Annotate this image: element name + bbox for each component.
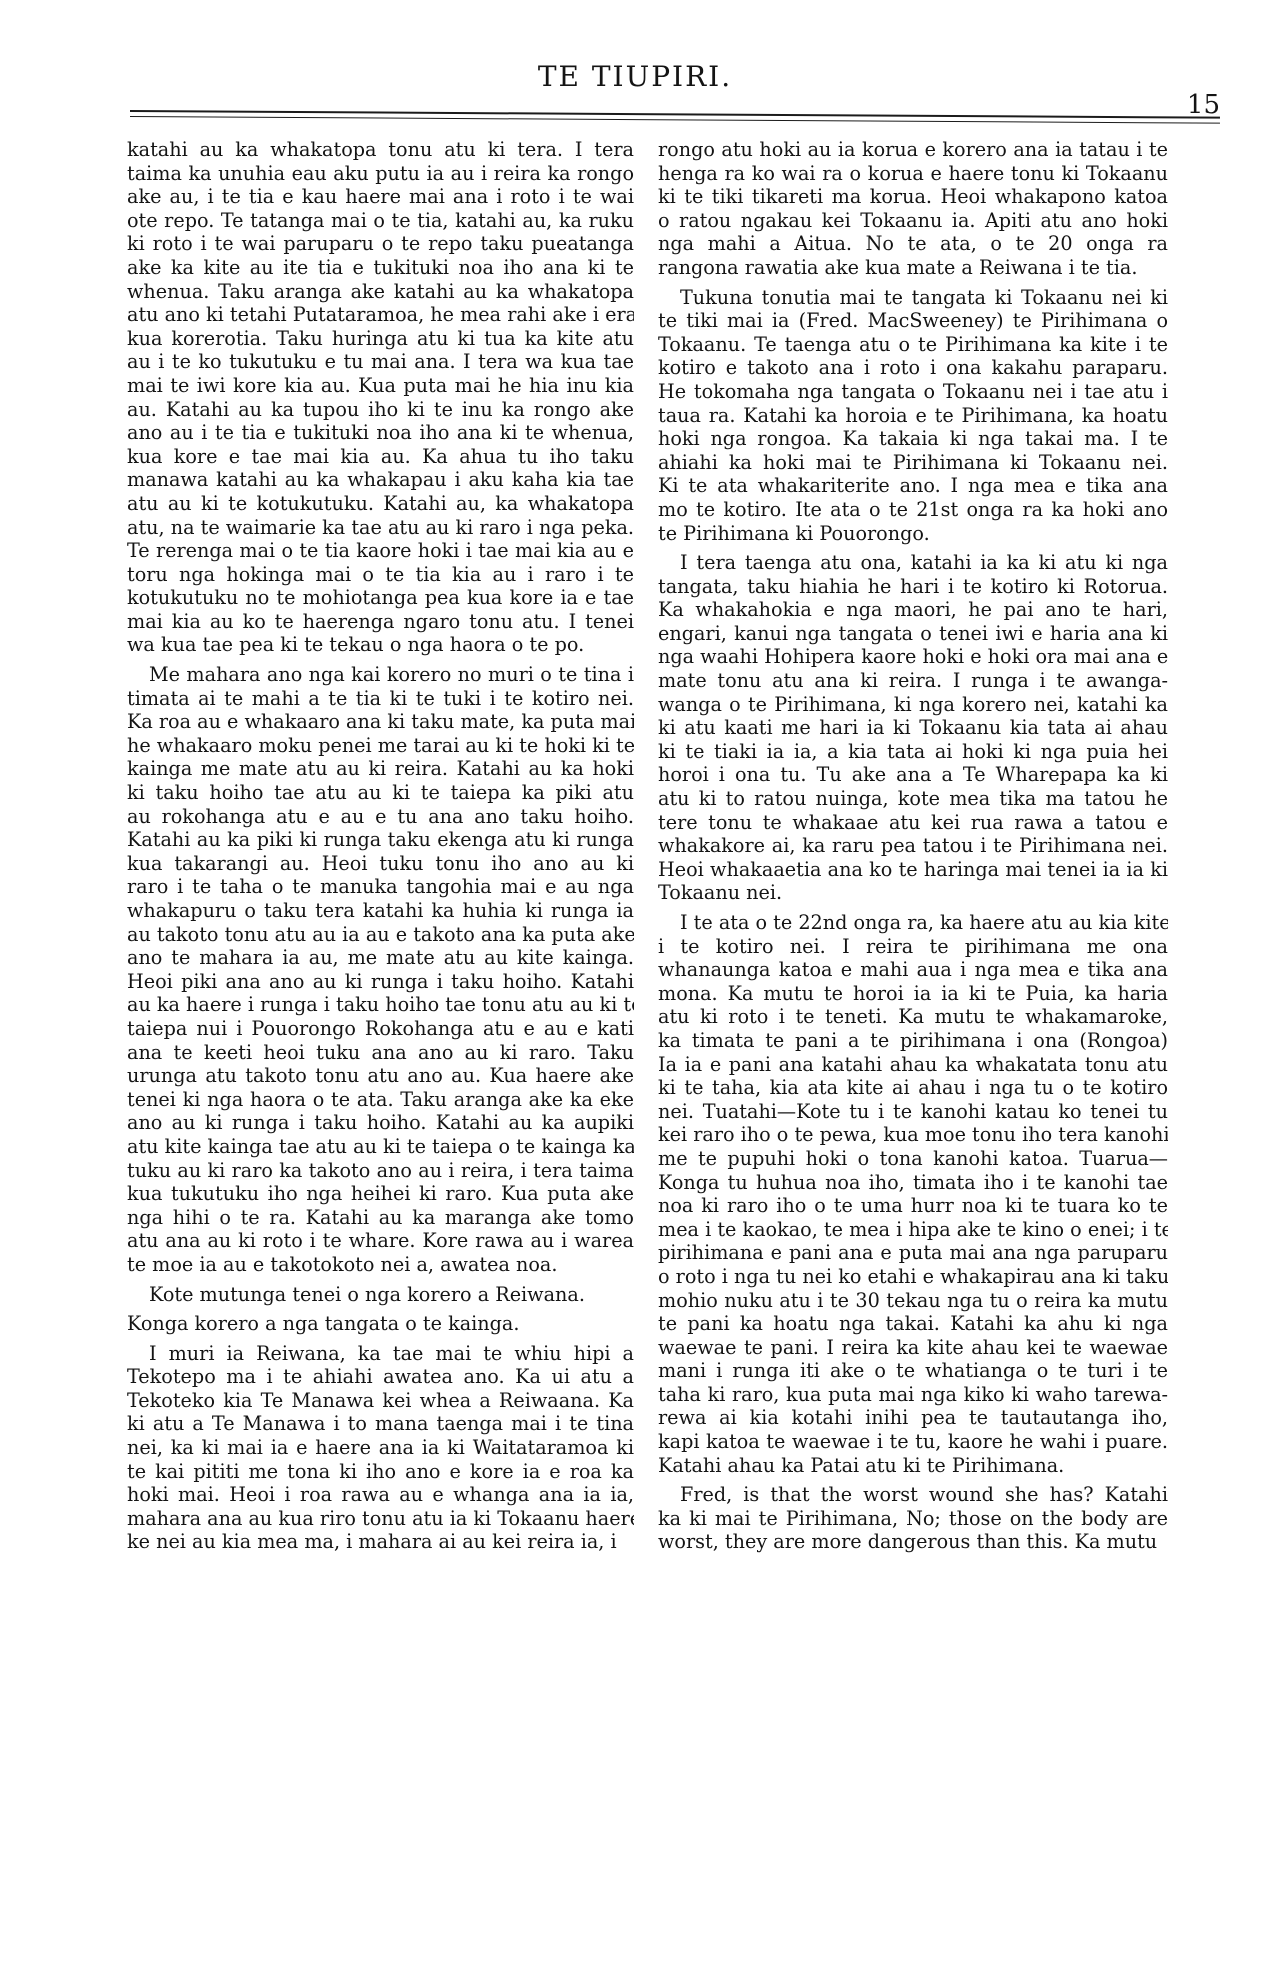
paragraph: katahi au ka whakatopa tonu atu ki tera.…	[127, 138, 634, 657]
text-line: ki taku hoiho tae atu au ki te taiepa ka…	[127, 781, 634, 805]
text-line: tenei ki nga haora o te ata. Taku aranga…	[127, 1088, 634, 1112]
text-line: taua ra. Katahi ka horoia e te Pirihiman…	[658, 404, 1168, 428]
text-line: mani i runga iti ake o te whatianga o te…	[658, 1359, 1168, 1383]
text-line: te tiki mai ia (Fred. MacSweeney) te Pir…	[658, 309, 1168, 333]
text-line: Te rerenga mai o te tia kaore hoki i tae…	[127, 539, 634, 563]
text-line: au i te ko tukutuku e tu mai ana. I tera…	[127, 350, 634, 374]
text-line: ki atu a Te Manawa i to mana taenga mai …	[127, 1412, 634, 1436]
text-line: hoki mai. Heoi i roa rawa au e whanga an…	[127, 1483, 634, 1507]
text-line: atu ki roto i te teneti. Ka mutu te whak…	[658, 1005, 1168, 1029]
text-line: kua tukutuku iho nga heihei ki raro. Kua…	[127, 1182, 634, 1206]
text-line: toru nga hokinga mai o te tia kia au i r…	[127, 563, 634, 587]
text-line: au ka haere i runga i taku hoiho tae ton…	[127, 993, 634, 1017]
text-line: hoki nga rongoa. Ka takaia ki nga takai …	[658, 427, 1168, 451]
text-line: waewae te pani. I reira ka kite ahau kei…	[658, 1336, 1168, 1360]
text-line: noa ki raro iho o te uma hurr noa ki te …	[658, 1194, 1168, 1218]
text-line: nga hihi o te ra. Katahi au ka maranga a…	[127, 1206, 634, 1230]
text-line: ki te tiaki ia ia, a kia tata ai hoki ki…	[658, 740, 1168, 764]
text-line: I te ata o te 22nd onga ra, ka haere atu…	[658, 911, 1168, 935]
text-line: tuku au ki raro ka takoto ano au i reira…	[127, 1159, 634, 1183]
text-line: kua takarangi au. Heoi tuku tonu iho ano…	[127, 852, 634, 876]
text-line: Fred, is that the worst wound she has? K…	[658, 1483, 1168, 1507]
paragraph: I muri ia Reiwana, ka tae mai te whiu hi…	[127, 1342, 634, 1554]
text-line: atu ano ki tetahi Putataramoa, he mea ra…	[127, 303, 634, 327]
text-line: ake ka kite au ite tia e tukituki noa ih…	[127, 256, 634, 280]
text-line: te kai pititi me tona ki iho ano e kore …	[127, 1460, 634, 1484]
paragraph: I te ata o te 22nd onga ra, ka haere atu…	[658, 911, 1168, 1477]
running-title: TE TIUPIRI.	[110, 60, 1240, 93]
text-line: mea i te kaokao, te mea i hipa ake te ki…	[658, 1218, 1168, 1242]
text-line: timata ai te mahi a te tia ki te tuki i …	[127, 687, 634, 711]
text-line: kua korerotia. Taku huringa atu ki tua k…	[127, 327, 634, 351]
text-line: Tokaanu. Te taenga atu o te Pirihimana k…	[658, 333, 1168, 357]
text-line: o ratou ngakau kei Tokaanu ia. Apiti atu…	[658, 209, 1168, 233]
text-line: ano au i te tia e tukituki noa iho ana k…	[127, 421, 634, 445]
text-line: worst, they are more dangerous than this…	[658, 1530, 1168, 1554]
paragraph: I tera taenga atu ona, katahi ia ka ki a…	[658, 551, 1168, 905]
text-line: ana te keeti heoi tuku ana ano au ki rar…	[127, 1041, 634, 1065]
paragraph: Fred, is that the worst wound she has? K…	[658, 1483, 1168, 1554]
text-line: nga mahi a Aitua. No te ata, o te 20 ong…	[658, 232, 1168, 256]
text-line: ki te taha, kia ata kite ai ahau i nga t…	[658, 1076, 1168, 1100]
text-line: kotiro e takoto ana i roto i ona kakahu …	[658, 356, 1168, 380]
text-line: Katahi au ka piki ki runga taku ekenga a…	[127, 828, 634, 852]
text-line: ke nei au kia mea ma, i mahara ai au kei…	[127, 1530, 634, 1554]
text-line: tangata, taku hiahia he hari i te kotiro…	[658, 575, 1168, 599]
text-line: atu ki to ratou nuinga, kote mea tika ma…	[658, 787, 1168, 811]
paragraph: Konga korero a nga tangata o te kainga.	[127, 1312, 634, 1336]
text-line: mate tonu atu ana ki reira. I runga i te…	[658, 669, 1168, 693]
text-line: au. Katahi au ka tupou iho ki te inu ka …	[127, 398, 634, 422]
text-line: me te pupuhi hoki o tona kanohi katoa. T…	[658, 1147, 1168, 1171]
text-line: rangona rawatia ake kua mate a Reiwana i…	[658, 256, 1168, 280]
paragraph: Me mahara ano nga kai korero no muri o t…	[127, 663, 634, 1276]
text-line: kei raro iho o te pewa, kua moe tonu iho…	[658, 1123, 1168, 1147]
paragraph: rongo atu hoki au ia korua e korero ana …	[658, 138, 1168, 280]
text-line: Ki te ata whakariterite ano. I nga mea e…	[658, 474, 1168, 498]
text-line: ano te mahara ia au, me mate atu au kite…	[127, 946, 634, 970]
text-line: he whakaaro moku penei me tarai au ki te…	[127, 734, 634, 758]
text-line: I tera taenga atu ona, katahi ia ka ki a…	[658, 551, 1168, 575]
text-line: katahi au ka whakatopa tonu atu ki tera.…	[127, 138, 634, 162]
text-line: whakapuru o taku tera katahi ka huhia ki…	[127, 899, 634, 923]
text-line: whanaunga katoa e mahi aua i nga mea e t…	[658, 958, 1168, 982]
text-line: ahiahi ka hoki mai te Pirihimana ki Toka…	[658, 451, 1168, 475]
text-line: mohio nuku atu i te 30 tekau nga tu o re…	[658, 1289, 1168, 1313]
paragraph: Tukuna tonutia mai te tangata ki Tokaanu…	[658, 286, 1168, 546]
text-line: au rokohanga atu e au e tu ana ano taku …	[127, 805, 634, 829]
page-header: TE TIUPIRI. 15	[110, 40, 1240, 120]
text-line: taha ki raro, kua puta mai nga kiko ki w…	[658, 1383, 1168, 1407]
text-line: engari, kanui nga tangata o tenei iwi e …	[658, 622, 1168, 646]
text-line: henga ra ko wai ra o korua e haere tonu …	[658, 162, 1168, 186]
text-line: Tokaanu nei.	[658, 881, 1168, 905]
text-line: Heoi whakaaetia ana ko te haringa mai te…	[658, 858, 1168, 882]
text-line: Konga tu huhua noa iho, timata iho i te …	[658, 1171, 1168, 1195]
text-line: atu au ki te kotukutuku. Katahi au, ka w…	[127, 492, 634, 516]
text-line: Ka whakahokia e nga maori, he pai ano te…	[658, 598, 1168, 622]
text-line: nei, ka ki mai ia e haere ana ia ki Wait…	[127, 1436, 634, 1460]
text-line: urunga atu takoto tonu atu ano au. Kua h…	[127, 1064, 634, 1088]
text-line: whenua. Taku aranga ake katahi au ka wha…	[127, 280, 634, 304]
text-line: atu, na te waimarie ka tae atu au ki rar…	[127, 516, 634, 540]
text-line: ote repo. Te tatanga mai o te tia, katah…	[127, 209, 634, 233]
text-line: mo te kotiro. Ite ata o te 21st onga ra …	[658, 498, 1168, 522]
text-line: mai kia au ko te haerenga ngaro tonu atu…	[127, 610, 634, 634]
text-line: Kote mutunga tenei o nga korero a Reiwan…	[127, 1283, 634, 1307]
text-line: Heoi piki ana ano au ki runga i taku hoi…	[127, 970, 634, 994]
text-line: ka ki mai te Pirihimana, No; those on th…	[658, 1507, 1168, 1531]
text-line: taiepa nui i Pouorongo Rokohanga atu e a…	[127, 1017, 634, 1041]
text-line: He tokomaha nga tangata o Tokaanu nei i …	[658, 380, 1168, 404]
text-line: mai te iwi kore kia au. Kua puta mai he …	[127, 374, 634, 398]
text-line: nga waahi Hohipera kaore hoki e hoki ora…	[658, 645, 1168, 669]
text-line: au takoto tonu atu au ia au e takoto ana…	[127, 923, 634, 947]
text-line: I muri ia Reiwana, ka tae mai te whiu hi…	[127, 1342, 634, 1366]
text-line: rongo atu hoki au ia korua e korero ana …	[658, 138, 1168, 162]
text-line: ka timata te pani a te pirihimana i ona …	[658, 1029, 1168, 1053]
text-line: atu kite kainga tae atu au ki te taiepa …	[127, 1135, 634, 1159]
text-line: wanga o te Pirihimana, ki nga korero nei…	[658, 693, 1168, 717]
text-line: pirihimana e pani ana e puta mai ana nga…	[658, 1241, 1168, 1265]
text-line: Konga korero a nga tangata o te kainga.	[127, 1312, 634, 1336]
right-column: rongo atu hoki au ia korua e korero ana …	[658, 138, 1168, 1554]
text-line: ki atu kaati me hari ia ki Tokaanu kia t…	[658, 716, 1168, 740]
text-line: kapi katoa te waewae i te tu, kaore he w…	[658, 1430, 1168, 1454]
text-line: taima ka unuhia eau aku putu ia au i rei…	[127, 162, 634, 186]
text-line: kua kore e tae mai kia au. Ka ahua tu ih…	[127, 445, 634, 469]
paragraph: Kote mutunga tenei o nga korero a Reiwan…	[127, 1283, 634, 1307]
text-line: ki roto i te wai paruparu o te repo taku…	[127, 232, 634, 256]
text-line: o roto i nga tu nei ko etahi e whakapira…	[658, 1265, 1168, 1289]
text-line: atu ana au ki roto i te whare. Kore rawa…	[127, 1229, 634, 1253]
text-line: raro i te taha o te manuka tangohia mai …	[127, 875, 634, 899]
text-line: ake au, i te tia e kau haere mai ana i r…	[127, 185, 634, 209]
text-line: manawa katahi au ka whakapau i aku kaha …	[127, 468, 634, 492]
text-line: rewa ai kia kotahi inihi pea te tautauta…	[658, 1406, 1168, 1430]
text-line: nei. Tuatahi—Kote tu i te kanohi katau k…	[658, 1100, 1168, 1124]
text-line: Tekotepo ma i te ahiahi awatea ano. Ka u…	[127, 1365, 634, 1389]
text-line: Tekoteko kia Te Manawa kei whea a Reiwaa…	[127, 1389, 634, 1413]
text-line: Ia ia e pani ana katahi ahau ka whakatat…	[658, 1053, 1168, 1077]
text-line: wa kua tae pea ki te tekau o nga haora o…	[127, 633, 634, 657]
text-line: Tukuna tonutia mai te tangata ki Tokaanu…	[658, 286, 1168, 310]
text-line: ano au ki runga i taku hoiho. Katahi au …	[127, 1111, 634, 1135]
text-line: mahara ana au kua riro tonu atu ia ki To…	[127, 1507, 634, 1531]
text-line: ki te tiki tikareti ma korua. Heoi whaka…	[658, 185, 1168, 209]
left-column: katahi au ka whakatopa tonu atu ki tera.…	[127, 138, 634, 1554]
text-line: i te kotiro nei. I reira te pirihimana m…	[658, 935, 1168, 959]
text-line: Ka roa au e whakaaro ana ki taku mate, k…	[127, 710, 634, 734]
text-line: kotukutuku no te mohiotanga pea kua kore…	[127, 586, 634, 610]
text-line: horoi i ona tu. Tu ake ana a Te Wharepap…	[658, 763, 1168, 787]
text-line: mona. Ka mutu te horoi ia ia ki te Puia,…	[658, 982, 1168, 1006]
text-line: te pani ka hoatu nga takai. Katahi ka ah…	[658, 1312, 1168, 1336]
text-line: te moe ia au e takotokoto nei a, awatea …	[127, 1253, 634, 1277]
text-line: whakakore ai, ka raru pea tatou i te Pir…	[658, 834, 1168, 858]
text-line: tere tonu te whakaae atu kei rua rawa a …	[658, 811, 1168, 835]
text-line: Katahi ahau ka Patai atu ki te Pirihiman…	[658, 1454, 1168, 1478]
text-line: te Pirihimana ki Pouorongo.	[658, 522, 1168, 546]
text-line: kainga me mate atu au ki reira. Katahi a…	[127, 757, 634, 781]
text-line: Me mahara ano nga kai korero no muri o t…	[127, 663, 634, 687]
